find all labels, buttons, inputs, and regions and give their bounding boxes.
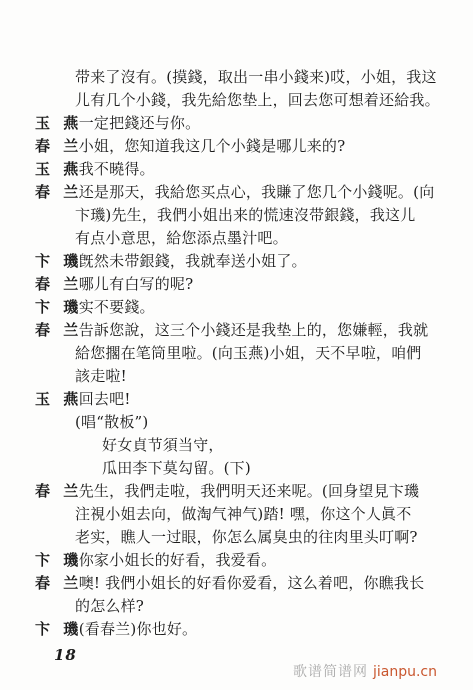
script-line: 老实，瞧人一过眼，你怎么属臭虫的往肉里头叮啊? [0,526,473,549]
watermark: 歌谱简谱网jianpu.cn [293,661,437,681]
script-line: 該走啦! [0,365,473,388]
dialogue-text: (看春兰)你也好。 [79,618,473,641]
dialogue-text: 卞璣)先生，我們小姐出来的慌速沒带銀錢，我这儿 [75,204,473,227]
script-line: 儿有几个小錢，我先給您垫上，回去您可想着还給我。 [0,89,473,112]
speaker-label: 玉 燕 [0,388,79,411]
dialogue-text: 旣然未带銀錢，我就奉送小姐了。 [79,250,473,273]
script-line: 带来了沒有。(摸錢，取出一串小錢来)哎，小姐，我这 [0,66,473,89]
dialogue-text: 老实，瞧人一过眼，你怎么属臭虫的往肉里头叮啊? [75,526,473,549]
speaker-label: 春 兰 [0,181,79,204]
speaker-label [0,342,75,365]
watermark-site-url: jianpu.cn [373,664,437,680]
dialogue-text: 有点小意思，給您添点墨汁吧。 [75,227,473,250]
speaker-label [0,66,75,89]
speaker-label [0,503,75,526]
verse-text: 瓜田李下莫勾留。(下) [75,457,473,480]
speaker-label: 春 兰 [0,135,79,158]
script-line: 玉 燕我不曉得。 [0,158,473,181]
speaker-label: 春 兰 [0,480,79,503]
script-line: 卞 璣旣然未带銀錢，我就奉送小姐了。 [0,250,473,273]
speaker-label: 春 兰 [0,572,79,595]
dialogue-text: 哪儿有白写的呢? [79,273,473,296]
verse-text: 好女貞节須当守， [75,434,473,457]
speaker-label: 卞 璣 [0,296,79,319]
script-line: 有点小意思，給您添点墨汁吧。 [0,227,473,250]
dialogue-text: 告訴您說，这三个小錢还是我垫上的，您嫌輕，我就 [79,319,473,342]
dialogue-text: 回去吧! [79,388,473,411]
script-line: 玉 燕一定把錢还与你。 [0,112,473,135]
scanned-script-page: 带来了沒有。(摸錢，取出一串小錢来)哎，小姐，我这 儿有几个小錢，我先給您垫上，… [0,0,473,690]
dialogue-text: 小姐，您知道我这几个小錢是哪儿来的? [79,135,473,158]
dialogue-text: 你家小姐长的好看，我爱看。 [79,549,473,572]
speaker-label: 卞 璣 [0,618,79,641]
speaker-label [0,595,75,618]
speaker-label: 春 兰 [0,273,79,296]
dialogue-text: 噢! 我們小姐长的好看你爱看，这么着吧，你瞧我长 [79,572,473,595]
dialogue-text: 先生，我們走啦，我們明天还来呢。(回身望見卞璣 [79,480,473,503]
dialogue-text: 实不要錢。 [79,296,473,319]
script-line: 的怎么样? [0,595,473,618]
script-line: 卞 璣你家小姐长的好看，我爱看。 [0,549,473,572]
script-line: 春 兰噢! 我們小姐长的好看你爱看，这么着吧，你瞧我长 [0,572,473,595]
speaker-label [0,204,75,227]
dialogue-text: 还是那天，我給您买点心，我賺了您几个小錢呢。(向 [79,181,473,204]
dialogue-text: 的怎么样? [75,595,473,618]
speaker-label: 玉 燕 [0,112,79,135]
dialogue-text: 給您擱在笔筒里啦。(向玉燕)小姐，天不早啦，咱們 [75,342,473,365]
script-line: 玉 燕回去吧! [0,388,473,411]
dialogue-text: 該走啦! [75,365,473,388]
dialogue-text: 我不曉得。 [79,158,473,181]
script-line: 春 兰还是那天，我給您买点心，我賺了您几个小錢呢。(向 [0,181,473,204]
speaker-label [0,411,75,434]
speaker-label [0,365,75,388]
script-line: 春 兰哪儿有白写的呢? [0,273,473,296]
script-line-verse: 好女貞节須当守， [0,434,473,457]
speaker-label [0,526,75,549]
script-line: 注視小姐去向，做淘气神气)踏! 嘿，你这个人眞不 [0,503,473,526]
script-line-stage-direction: (唱“散板”) [0,411,473,434]
speaker-label [0,227,75,250]
script-line: 春 兰小姐，您知道我这几个小錢是哪儿来的? [0,135,473,158]
speaker-label: 春 兰 [0,319,79,342]
dialogue-text: (唱“散板”) [75,411,473,434]
script-line: 給您擱在笔筒里啦。(向玉燕)小姐，天不早啦，咱們 [0,342,473,365]
script-line: 卞 璣实不要錢。 [0,296,473,319]
speaker-label [0,89,75,112]
script-line: 卞璣)先生，我們小姐出来的慌速沒带銀錢，我这儿 [0,204,473,227]
speaker-label: 卞 璣 [0,250,79,273]
script-line-verse: 瓜田李下莫勾留。(下) [0,457,473,480]
speaker-label: 玉 燕 [0,158,79,181]
script-line: 春 兰告訴您說，这三个小錢还是我垫上的，您嫌輕，我就 [0,319,473,342]
dialogue-text: 一定把錢还与你。 [79,112,473,135]
script-line: 春 兰先生，我們走啦，我們明天还来呢。(回身望見卞璣 [0,480,473,503]
dialogue-text: 儿有几个小錢，我先給您垫上，回去您可想着还給我。 [75,89,473,112]
dialogue-text: 带来了沒有。(摸錢，取出一串小錢来)哎，小姐，我这 [75,66,473,89]
speaker-label [0,434,75,457]
script-text-block: 带来了沒有。(摸錢，取出一串小錢来)哎，小姐，我这 儿有几个小錢，我先給您垫上，… [0,66,473,641]
page-number: 18 [54,646,77,664]
dialogue-text: 注視小姐去向，做淘气神气)踏! 嘿，你这个人眞不 [75,503,473,526]
script-line: 卞 璣(看春兰)你也好。 [0,618,473,641]
speaker-label: 卞 璣 [0,549,79,572]
speaker-label [0,457,75,480]
watermark-site-name: 歌谱简谱网 [293,664,368,680]
